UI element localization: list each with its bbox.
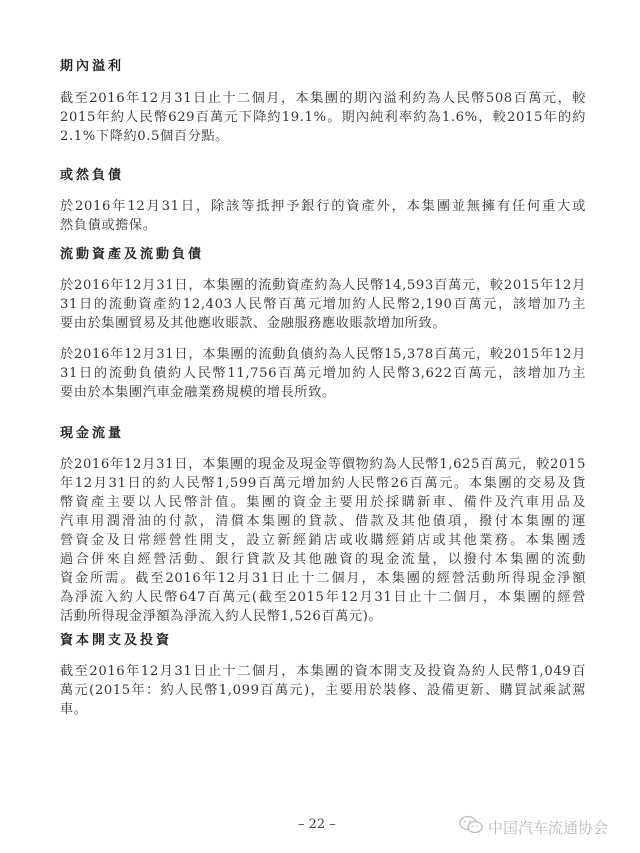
text-line: 年12月31日的約人民幣1,599百萬元增加約人民幣26百萬元。本集團的交易及貨 <box>60 474 586 493</box>
text-line: 於2016年12月31日，除該等抵押予銀行的資產外，本集團並無擁有任何重大或 <box>60 197 586 216</box>
page-number: – 22 – <box>298 817 336 832</box>
watermark: 中国汽车流通协会 <box>458 815 608 839</box>
section-heading-cash-flow: 現金流量 <box>60 422 124 441</box>
text-line: 萬元(2015年：約人民幣1,099百萬元)，主要用於裝修、設備更新、購買試乘試… <box>60 681 586 700</box>
text-line: 截至2016年12月31日止十二個月，本集團的資本開支及投資為約人民幣1,049… <box>60 662 586 681</box>
document-page: 期內溢利 截至2016年12月31日止十二個月，本集團的期內溢利約為人民幣508… <box>0 0 640 853</box>
text-line: 幣資產主要以人民幣計值。集團的資金主要用於採購新車、備件及汽車用品及 <box>60 493 586 512</box>
text-line: 2015年約人民幣629百萬元下降約19.1%。期內純利率約為1.6%，較201… <box>60 108 586 127</box>
paragraph-capex-investment: 截至2016年12月31日止十二個月，本集團的資本開支及投資為約人民幣1,049… <box>60 662 586 719</box>
text-line: 截至2016年12月31日止十二個月，本集團的期內溢利約為人民幣508百萬元，較 <box>60 89 586 108</box>
paragraph-current-liabilities: 於2016年12月31日，本集團的流動負債約為人民幣15,378百萬元，較201… <box>60 345 586 402</box>
text-line: 要由於本集團汽車金融業務規模的增長所致。 <box>60 383 586 402</box>
paragraph-contingent-liabilities: 於2016年12月31日，除該等抵押予銀行的資產外，本集團並無擁有任何重大或 然… <box>60 197 586 235</box>
text-line: 31日的流動資產約12,403人民幣百萬元增加約人民幣2,190百萬元，該增加乃… <box>60 295 586 314</box>
text-line: 汽車用潤滑油的付款，清償本集團的貸款、借款及其他債項，撥付本集團的運 <box>60 512 586 531</box>
text-line: 2.1%下降約0.5個百分點。 <box>60 127 586 146</box>
watermark-text: 中国汽车流通协会 <box>488 817 608 838</box>
text-line: 31日的流動負債約人民幣11,756百萬元增加約人民幣3,622百萬元，該增加乃… <box>60 364 586 383</box>
section-heading-period-profit: 期內溢利 <box>60 55 124 74</box>
text-line: 於2016年12月31日，本集團的現金及現金等價物約為人民幣1,625百萬元，較… <box>60 455 586 474</box>
section-heading-contingent-liabilities: 或然負債 <box>60 164 124 183</box>
text-line: 於2016年12月31日，本集團的流動負債約為人民幣15,378百萬元，較201… <box>60 345 586 364</box>
text-line: 要由於集團貿易及其他應收賬款、金融服務應收賬款增加所致。 <box>60 314 586 333</box>
section-heading-capex-investment: 資本開支及投資 <box>60 629 172 648</box>
text-line: 資金所需。截至2016年12月31日止十二個月，本集團的經營活動所得現金淨額 <box>60 569 586 588</box>
text-line: 營資金及日常經營性開支，設立新經銷店或收購經銷店或其他業務。本集團透 <box>60 531 586 550</box>
section-heading-current-assets-liabilities: 流動資產及流動負債 <box>60 243 204 262</box>
text-line: 活動所得現金淨額為淨流入約人民幣1,526百萬元)。 <box>60 607 586 626</box>
wechat-icon <box>458 815 484 839</box>
text-line: 於2016年12月31日，本集團的流動資產約為人民幣14,593百萬元，較201… <box>60 276 586 295</box>
paragraph-cash-flow: 於2016年12月31日，本集團的現金及現金等價物約為人民幣1,625百萬元，較… <box>60 455 586 626</box>
text-line: 車。 <box>60 700 586 719</box>
text-line: 然負債或擔保。 <box>60 216 586 235</box>
text-line: 過合併來自經營活動、銀行貸款及其他融資的現金流量，以撥付本集團的流動 <box>60 550 586 569</box>
text-line: 為淨流入約人民幣647百萬元(截至2015年12月31日止十二個月，本集團的經營 <box>60 588 586 607</box>
paragraph-period-profit: 截至2016年12月31日止十二個月，本集團的期內溢利約為人民幣508百萬元，較… <box>60 89 586 146</box>
paragraph-current-assets: 於2016年12月31日，本集團的流動資產約為人民幣14,593百萬元，較201… <box>60 276 586 333</box>
